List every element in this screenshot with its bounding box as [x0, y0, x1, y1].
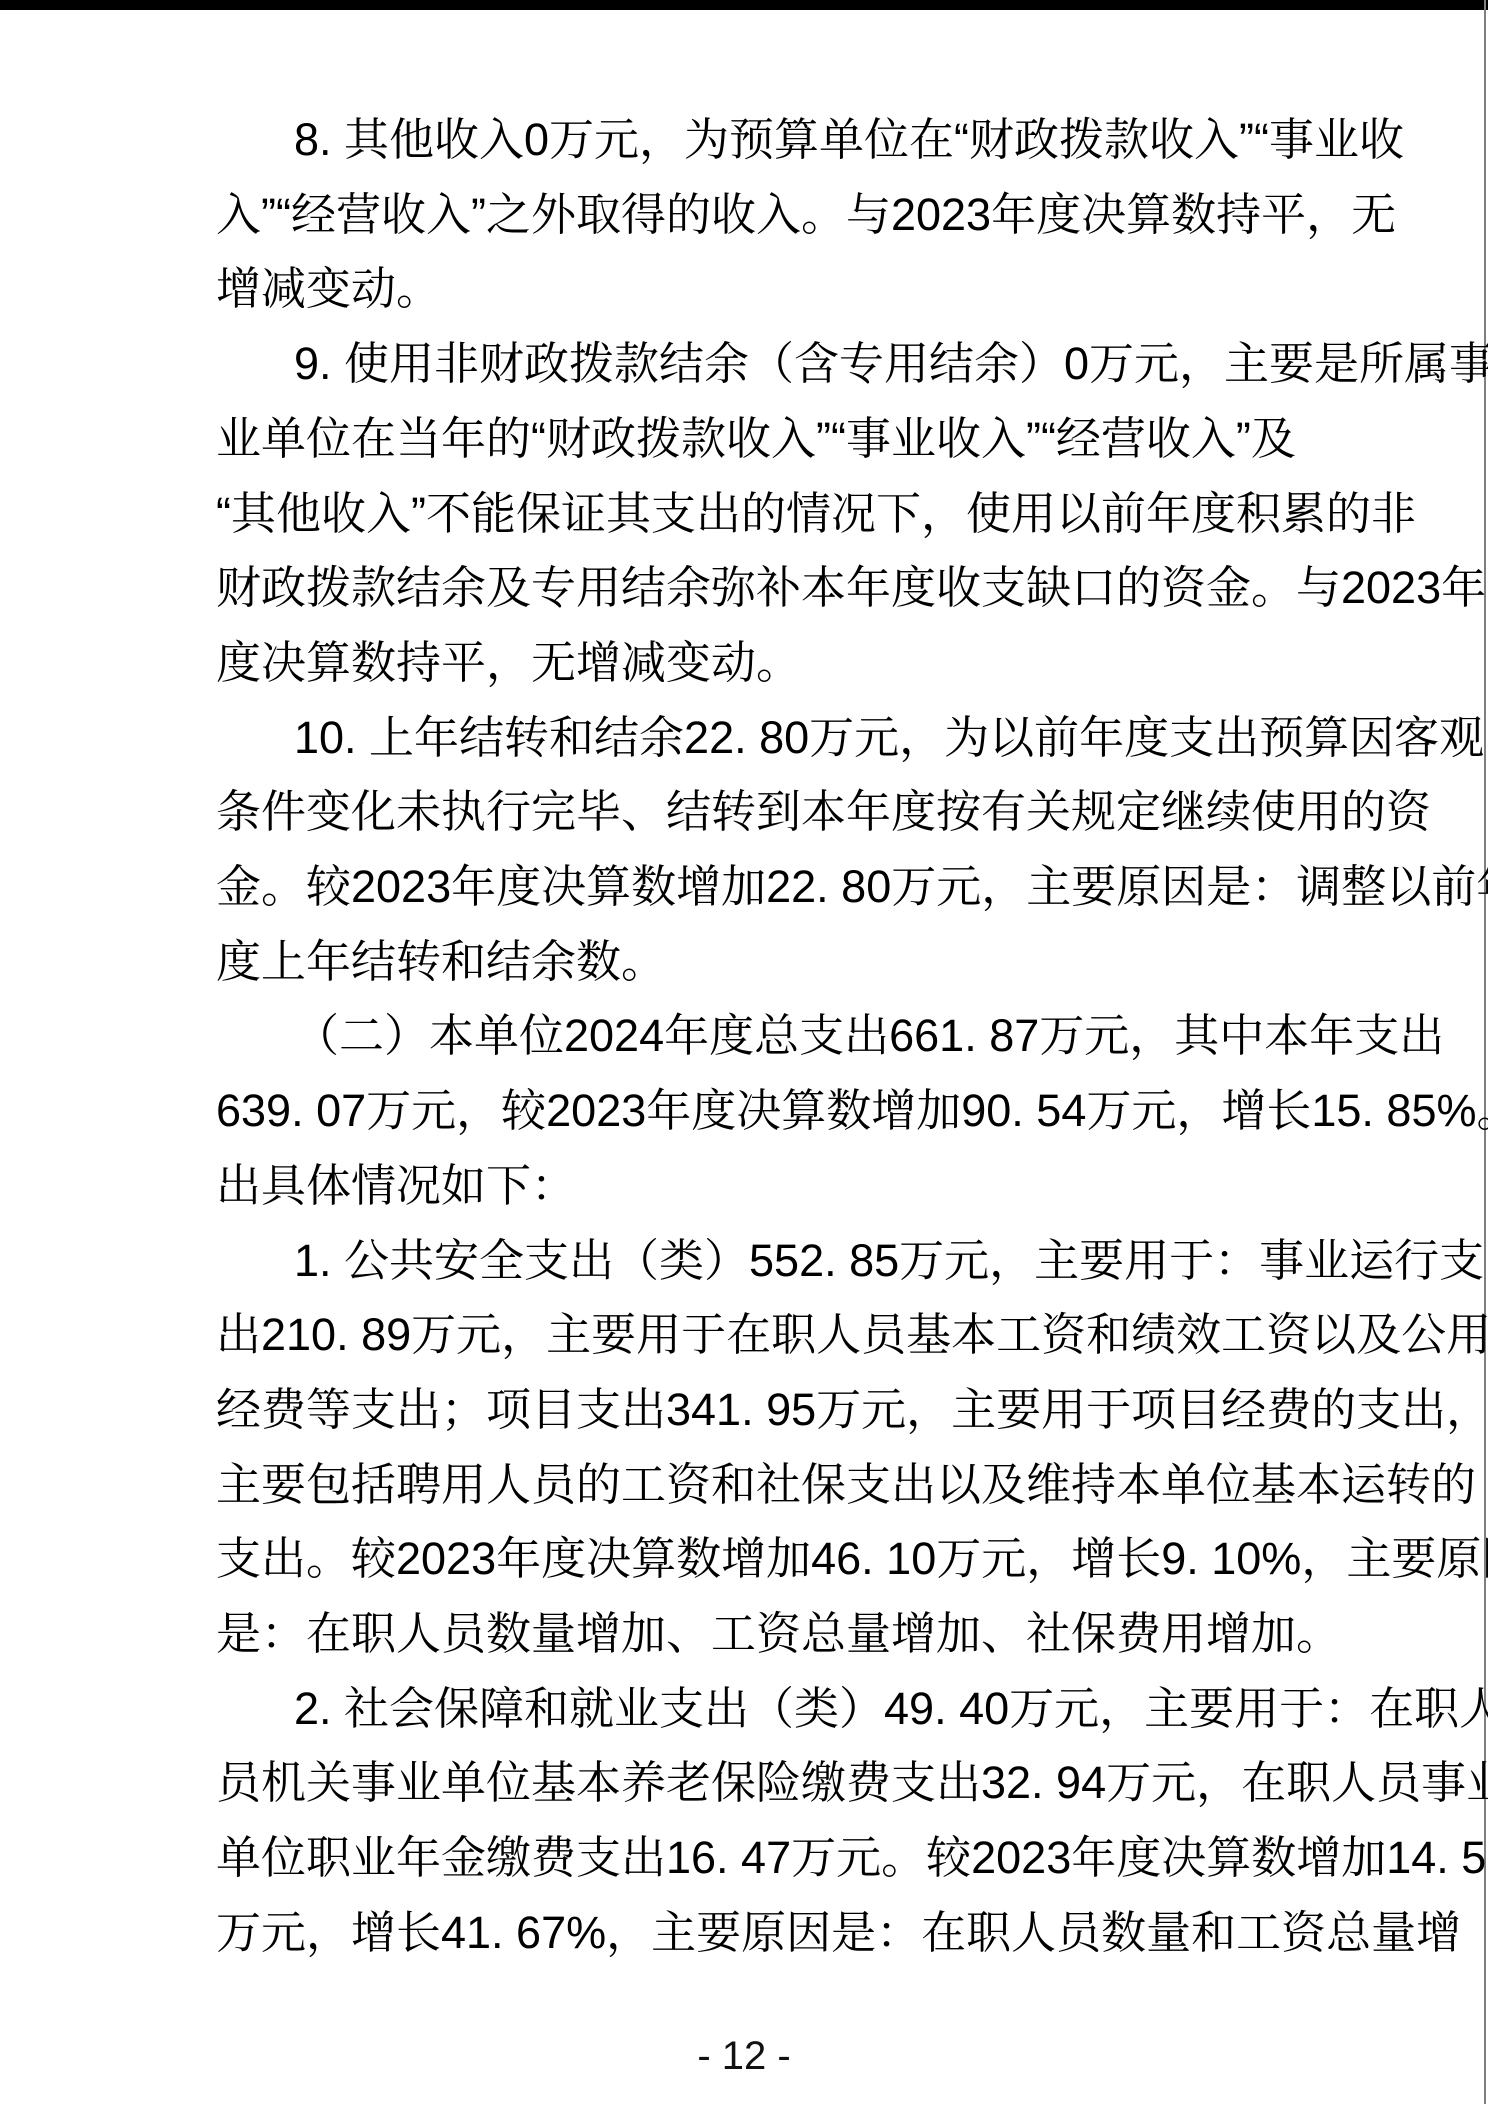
text-line: 支出。较2023年度决算数增加46. 10万元，增长9. 10%，主要原因 — [216, 1522, 1392, 1597]
text-line: 2. 社会保障和就业支出（类）49. 40万元，主要用于：在职人 — [216, 1672, 1392, 1747]
text-line: 9. 使用非财政拨款结余（含专用结余）0万元，主要是所属事 — [216, 327, 1392, 402]
scan-top-edge — [0, 0, 1488, 10]
text-line: 度上年结转和结余数。 — [216, 925, 1392, 1000]
item-9-non-fiscal-appropriation-balance: 9. 使用非财政拨款结余（含专用结余）0万元，主要是所属事业单位在当年的“财政拨… — [216, 327, 1392, 701]
text-line: 639. 07万元，较2023年度决算数增加90. 54万元，增长15. 85%… — [216, 1074, 1392, 1149]
text-line: 度决算数持平，无增减变动。 — [216, 626, 1392, 701]
text-line: 8. 其他收入0万元，为预算单位在“财政拨款收入”“事业收 — [216, 103, 1392, 178]
section-2-total-expenditure-2024: （二）本单位2024年度总支出661. 87万元，其中本年支出639. 07万元… — [216, 999, 1392, 1223]
text-line: 万元，增长41. 67%，主要原因是：在职人员数量和工资总量增 — [216, 1896, 1392, 1971]
text-line: （二）本单位2024年度总支出661. 87万元，其中本年支出 — [216, 999, 1392, 1074]
text-line: 员机关事业单位基本养老保险缴费支出32. 94万元，在职人员事业 — [216, 1746, 1392, 1821]
text-line: 出具体情况如下： — [216, 1149, 1392, 1224]
item-1-public-security-expenditure: 1. 公共安全支出（类）552. 85万元，主要用于：事业运行支出210. 89… — [216, 1224, 1392, 1672]
text-line: 1. 公共安全支出（类）552. 85万元，主要用于：事业运行支 — [216, 1224, 1392, 1299]
text-line: 出210. 89万元，主要用于在职人员基本工资和绩效工资以及公用 — [216, 1298, 1392, 1373]
text-line: 业单位在当年的“财政拨款收入”“事业收入”“经营收入”及 — [216, 402, 1392, 477]
text-line: 经费等支出；项目支出341. 95万元，主要用于项目经费的支出， — [216, 1373, 1392, 1448]
document-page: 8. 其他收入0万元，为预算单位在“财政拨款收入”“事业收入”“经营收入”之外取… — [0, 0, 1488, 2104]
text-line: 财政拨款结余及专用结余弥补本年度收支缺口的资金。与2023年 — [216, 551, 1392, 626]
item-2-social-security-employment-expenditure: 2. 社会保障和就业支出（类）49. 40万元，主要用于：在职人员机关事业单位基… — [216, 1672, 1392, 1971]
text-line: 单位职业年金缴费支出16. 47万元。较2023年度决算数增加14. 53 — [216, 1821, 1392, 1896]
text-line: 是：在职人员数量增加、工资总量增加、社保费用增加。 — [216, 1597, 1392, 1672]
text-line: 10. 上年结转和结余22. 80万元，为以前年度支出预算因客观 — [216, 701, 1392, 776]
text-line: 入”“经营收入”之外取得的收入。与2023年度决算数持平，无 — [216, 178, 1392, 253]
page-number: - 12 - — [0, 2034, 1488, 2078]
text-line: 主要包括聘用人员的工资和社保支出以及维持本单位基本运转的 — [216, 1448, 1392, 1523]
text-line: “其他收入”不能保证其支出的情况下，使用以前年度积累的非 — [216, 477, 1392, 552]
text-line: 增减变动。 — [216, 252, 1392, 327]
item-10-prior-year-carryover: 10. 上年结转和结余22. 80万元，为以前年度支出预算因客观条件变化未执行完… — [216, 701, 1392, 1000]
text-line: 金。较2023年度决算数增加22. 80万元，主要原因是：调整以前年 — [216, 850, 1392, 925]
text-line: 条件变化未执行完毕、结转到本年度按有关规定继续使用的资 — [216, 775, 1392, 850]
item-8-other-income: 8. 其他收入0万元，为预算单位在“财政拨款收入”“事业收入”“经营收入”之外取… — [216, 103, 1392, 327]
document-body: 8. 其他收入0万元，为预算单位在“财政拨款收入”“事业收入”“经营收入”之外取… — [216, 103, 1392, 1971]
